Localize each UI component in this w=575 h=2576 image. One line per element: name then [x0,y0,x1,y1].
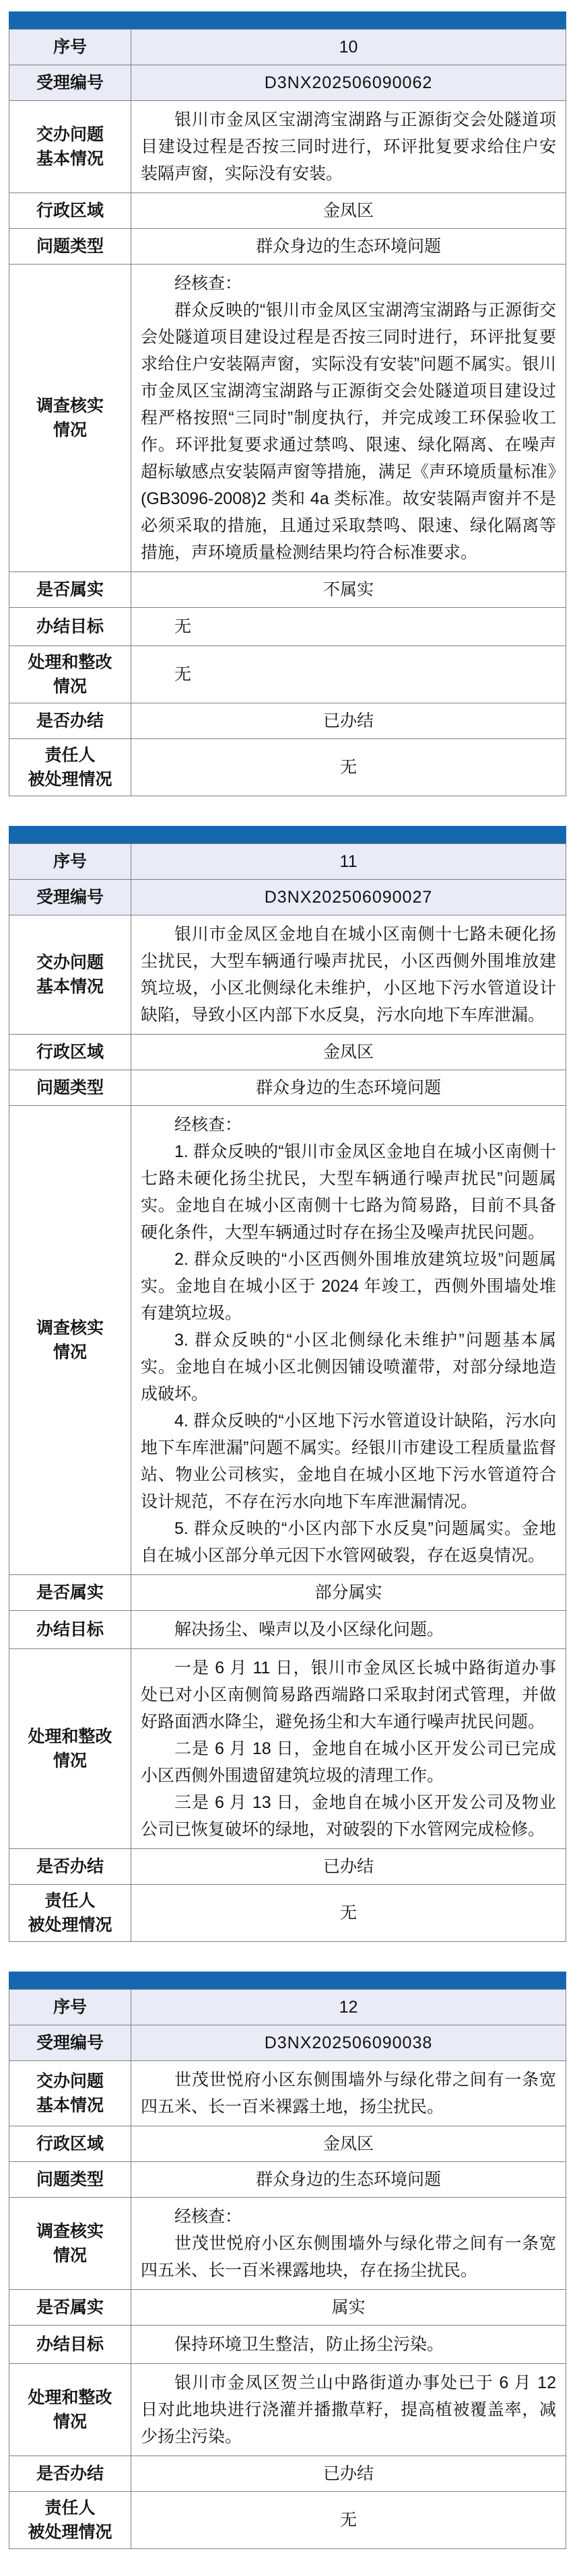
row-label: 责任人 被处理情况 [9,2492,131,2548]
problem-description-value: 世茂世悦府小区东侧围墙外与绿化带之间有一条宽四五米、长一百米裸露土地，扬尘扰民。 [131,2061,566,2126]
row-accountability: 责任人 被处理情况 无 [9,2491,566,2548]
row-label: 处理和整改 情况 [9,1649,131,1848]
case-table-10: 序号 10 受理编号 D3NX202506090062 交办问题 基本情况 银川… [9,11,566,796]
row-label: 办结目标 [9,608,131,646]
row-serial-number: 序号 12 [9,1990,566,2025]
row-label: 处理和整改 情况 [9,646,131,703]
accountability-value: 无 [131,1885,566,1941]
row-verified-status: 是否属实 不属实 [9,571,566,607]
row-label: 调查核实 情况 [9,1106,131,1574]
row-completed-status: 是否办结 已办结 [9,703,566,738]
row-case-number: 受理编号 D3NX202506090027 [9,879,566,915]
row-serial-number: 序号 11 [9,844,566,879]
row-label: 行政区域 [9,1035,131,1070]
row-investigation: 调查核实 情况 经核查： 世茂世悦府小区东侧围墙外与绿化带之间有一条宽四五米、长… [9,2197,566,2289]
row-rectification: 处理和整改 情况 无 [9,646,566,703]
row-label: 行政区域 [9,193,131,228]
row-label: 是否属实 [9,2290,131,2325]
problem-type-value: 群众身边的生态环境问题 [131,2162,566,2197]
case-number-value: D3NX202506090027 [131,880,566,915]
rectification-value: 无 [131,646,566,703]
verified-status-value: 属实 [131,2290,566,2325]
problem-description-value: 银川市金凤区宝湖湾宝湖路与正源街交会处隧道项目建设过程是否按三同时进行，环评批复… [131,101,566,193]
row-completion-goal: 办结目标 无 [9,607,566,646]
row-label: 问题类型 [9,2162,131,2197]
row-label: 行政区域 [9,2126,131,2161]
row-district: 行政区域 金凤区 [9,193,566,228]
row-completion-goal: 办结目标 保持环境卫生整洁，防止扬尘污染。 [9,2325,566,2363]
row-label: 调查核实 情况 [9,2198,131,2289]
row-district: 行政区域 金凤区 [9,2126,566,2161]
rectification-value: 银川市金凤区贺兰山中路街道办事处已于 6 月 12 日对此地块进行浇灌并播撒草籽… [131,2364,566,2456]
row-problem-description: 交办问题 基本情况 银川市金凤区金地自在城小区南侧十七路未硬化扬尘扰民，大型车辆… [9,915,566,1034]
case-number-value: D3NX202506090038 [131,2025,566,2060]
row-accountability: 责任人 被处理情况 无 [9,1884,566,1941]
district-value: 金凤区 [131,1035,566,1070]
serial-value: 12 [131,1990,566,2025]
table-header-bar [9,826,566,843]
completed-status-value: 已办结 [131,2456,566,2491]
row-accountability: 责任人 被处理情况 无 [9,738,566,796]
row-case-number: 受理编号 D3NX202506090062 [9,65,566,100]
verified-status-value: 部分属实 [131,1575,566,1610]
table-header-bar [9,11,566,29]
row-verified-status: 是否属实 部分属实 [9,1574,566,1610]
district-value: 金凤区 [131,193,566,228]
row-investigation: 调查核实 情况 经核查： 群众反映的“银川市金凤区宝湖湾宝湖路与正源街交会处隧道… [9,264,566,571]
problem-type-value: 群众身边的生态环境问题 [131,1070,566,1105]
row-label: 交办问题 基本情况 [9,2061,131,2126]
row-label: 是否办结 [9,2456,131,2491]
serial-value: 11 [131,844,566,879]
row-label: 办结目标 [9,1611,131,1648]
row-rectification: 处理和整改 情况 银川市金凤区贺兰山中路街道办事处已于 6 月 12 日对此地块… [9,2363,566,2456]
accountability-value: 无 [131,739,566,796]
row-label: 问题类型 [9,229,131,264]
case-table: 序号 12 受理编号 D3NX202506090038 交办问题 基本情况 世茂… [9,1989,566,2549]
row-case-number: 受理编号 D3NX202506090038 [9,2025,566,2060]
rectification-value: 一是 6 月 11 日，银川市金凤区长城中路街道办事处已对小区南侧简易路西端路口… [131,1649,566,1848]
verified-status-value: 不属实 [131,572,566,607]
row-label: 办结目标 [9,2326,131,2363]
row-label: 是否办结 [9,703,131,738]
problem-description-value: 银川市金凤区金地自在城小区南侧十七路未硬化扬尘扰民，大型车辆通行噪声扰民，小区西… [131,915,566,1034]
row-serial-number: 序号 10 [9,30,566,65]
row-label: 是否办结 [9,1849,131,1884]
row-label: 交办问题 基本情况 [9,101,131,193]
row-investigation: 调查核实 情况 经核查： 1. 群众反映的“银川市金凤区金地自在城小区南侧十七路… [9,1105,566,1574]
row-problem-type: 问题类型 群众身边的生态环境问题 [9,228,566,264]
completion-goal-value: 解决扬尘、噪声以及小区绿化问题。 [131,1611,566,1648]
row-label: 是否属实 [9,572,131,607]
investigation-value: 经核查： 世茂世悦府小区东侧围墙外与绿化带之间有一条宽四五米、长一百米裸露地块，… [131,2198,566,2289]
accountability-value: 无 [131,2492,566,2548]
case-table-12: 序号 12 受理编号 D3NX202506090038 交办问题 基本情况 世茂… [9,1972,566,2549]
row-district: 行政区域 金凤区 [9,1034,566,1070]
row-problem-type: 问题类型 群众身边的生态环境问题 [9,2161,566,2197]
row-label: 受理编号 [9,65,131,100]
investigation-value: 经核查： 群众反映的“银川市金凤区宝湖湾宝湖路与正源街交会处隧道项目建设过程是否… [131,265,566,571]
row-label: 处理和整改 情况 [9,2364,131,2456]
row-completed-status: 是否办结 已办结 [9,1848,566,1884]
row-completion-goal: 办结目标 解决扬尘、噪声以及小区绿化问题。 [9,1610,566,1648]
row-label: 序号 [9,30,131,65]
completed-status-value: 已办结 [131,703,566,738]
row-problem-type: 问题类型 群众身边的生态环境问题 [9,1070,566,1105]
row-label: 调查核实 情况 [9,265,131,571]
row-label: 是否属实 [9,1575,131,1610]
row-label: 序号 [9,844,131,879]
row-verified-status: 是否属实 属实 [9,2289,566,2325]
row-label: 问题类型 [9,1070,131,1105]
row-problem-description: 交办问题 基本情况 世茂世悦府小区东侧围墙外与绿化带之间有一条宽四五米、长一百米… [9,2060,566,2126]
row-label: 受理编号 [9,2025,131,2060]
district-value: 金凤区 [131,2126,566,2161]
row-label: 受理编号 [9,880,131,915]
row-problem-description: 交办问题 基本情况 银川市金凤区宝湖湾宝湖路与正源街交会处隧道项目建设过程是否按… [9,100,566,193]
table-header-bar [9,1972,566,1989]
serial-value: 10 [131,30,566,65]
row-label: 交办问题 基本情况 [9,915,131,1034]
completion-goal-value: 保持环境卫生整洁，防止扬尘污染。 [131,2326,566,2363]
investigation-value: 经核查： 1. 群众反映的“银川市金凤区金地自在城小区南侧十七路未硬化扬尘扰民，… [131,1106,566,1574]
completion-goal-value: 无 [131,608,566,646]
row-completed-status: 是否办结 已办结 [9,2456,566,2491]
completed-status-value: 已办结 [131,1849,566,1884]
case-table: 序号 10 受理编号 D3NX202506090062 交办问题 基本情况 银川… [9,29,566,796]
row-label: 责任人 被处理情况 [9,1885,131,1941]
problem-type-value: 群众身边的生态环境问题 [131,229,566,264]
document-page: 序号 10 受理编号 D3NX202506090062 交办问题 基本情况 银川… [0,0,575,2576]
case-table: 序号 11 受理编号 D3NX202506090027 交办问题 基本情况 银川… [9,843,566,1942]
case-table-11: 序号 11 受理编号 D3NX202506090027 交办问题 基本情况 银川… [9,826,566,1942]
row-label: 责任人 被处理情况 [9,739,131,796]
case-number-value: D3NX202506090062 [131,65,566,100]
row-label: 序号 [9,1990,131,2025]
row-rectification: 处理和整改 情况 一是 6 月 11 日，银川市金凤区长城中路街道办事处已对小区… [9,1648,566,1848]
